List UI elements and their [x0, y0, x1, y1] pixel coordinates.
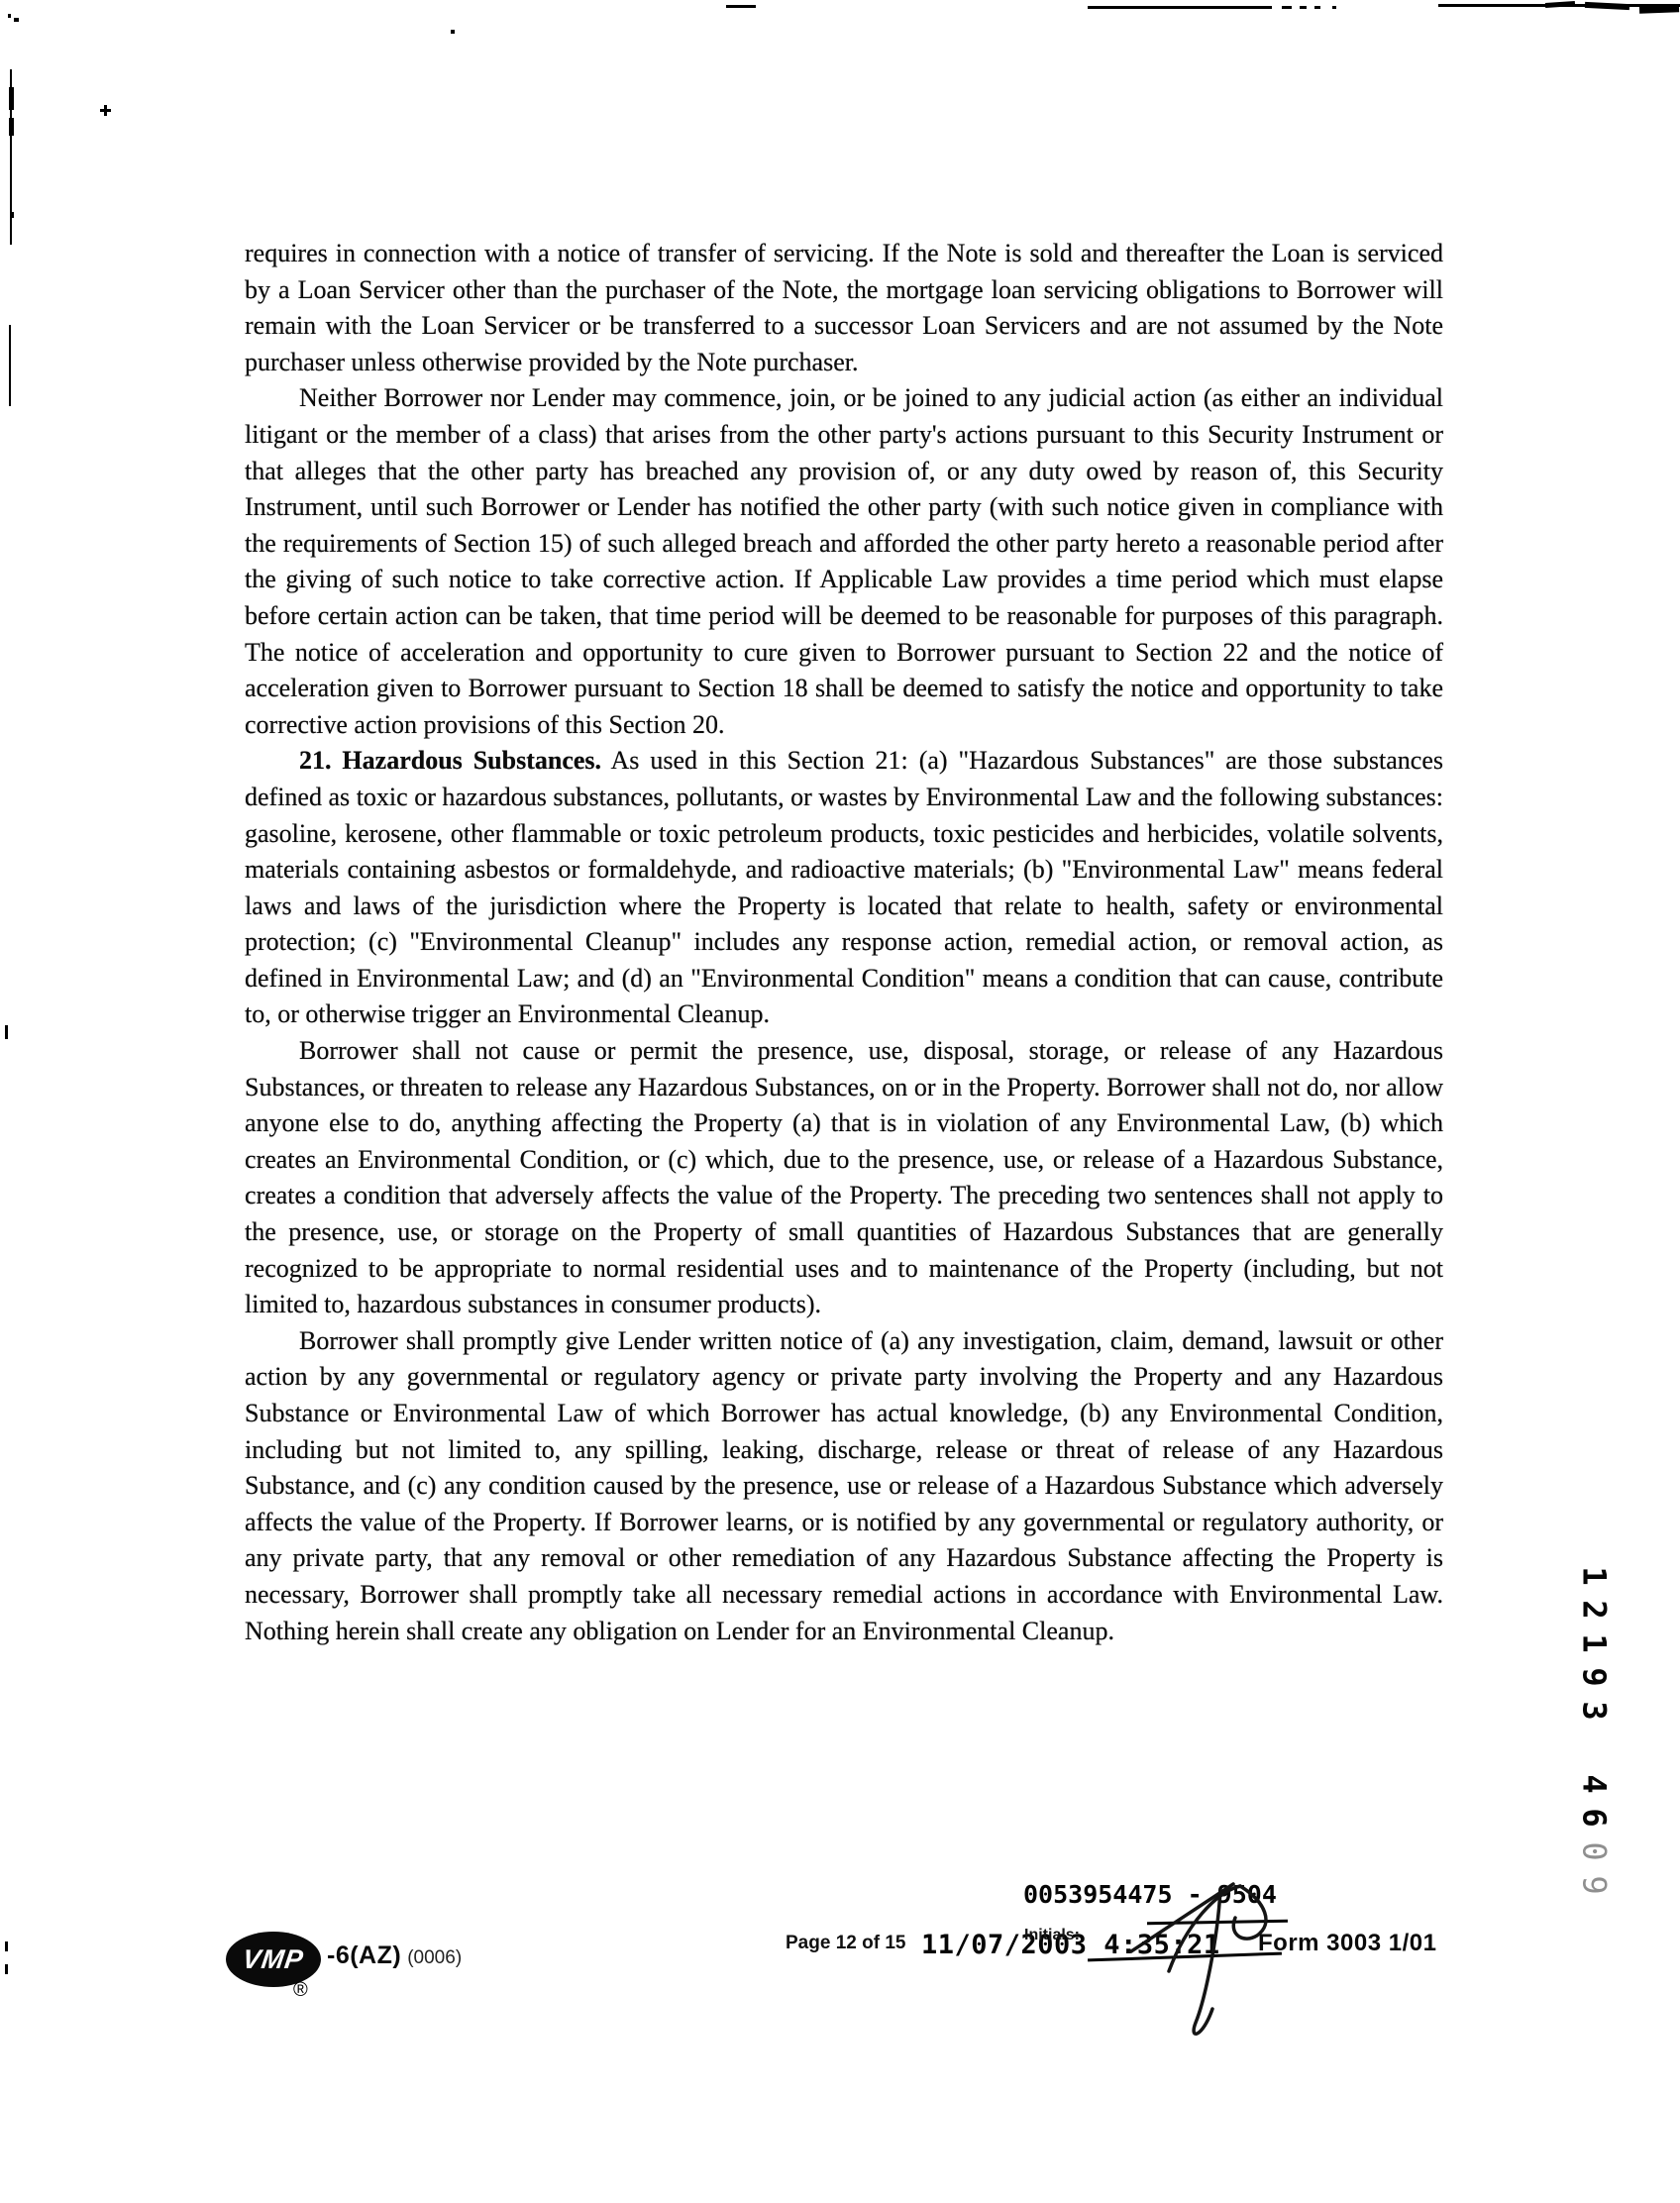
scan-artifact-speck: [14, 18, 19, 22]
scan-artifact-speck: [10, 212, 14, 218]
scan-artifact-top-dot: [1332, 6, 1336, 9]
scan-artifact-top-scratch: [1639, 4, 1679, 13]
scan-artifact-left-line-thick: [9, 118, 14, 136]
scan-artifact-speck: [451, 30, 455, 34]
body-paragraph: Neither Borrower nor Lender may commence…: [245, 380, 1443, 743]
stamp-digit: 4: [1578, 1774, 1612, 1793]
registered-trademark-icon: ®: [293, 1979, 308, 2002]
scan-artifact-plus-mark: [104, 105, 107, 116]
scan-artifact-top-dash: [726, 5, 756, 8]
scan-artifact-top-scratch: [1585, 2, 1629, 10]
stamp-digit: 1: [1578, 1566, 1612, 1585]
section-heading: 21. Hazardous Substances.: [299, 746, 601, 775]
form-code-main: -6(AZ): [327, 1941, 401, 1969]
scan-artifact-left-line-thick: [9, 87, 14, 110]
scanned-document-page: { "document": { "paragraphs": [ { "inden…: [0, 0, 1680, 2203]
vmp-logo-text: VMP: [241, 1944, 306, 1975]
stamp-digit: 9: [1578, 1875, 1612, 1894]
stamp-digit: 2: [1578, 1600, 1612, 1619]
stamp-digit: 6: [1578, 1808, 1612, 1827]
stamp-digit: 3: [1578, 1701, 1612, 1720]
body-paragraph: 21. Hazardous Substances. As used in thi…: [245, 743, 1443, 1033]
scan-artifact-top-line: [1088, 6, 1272, 9]
scan-artifact-speck: [8, 14, 11, 18]
scan-artifact-left-tick: [5, 1941, 8, 1951]
scan-artifact-left-tick: [5, 1025, 8, 1039]
body-paragraph: Borrower shall promptly give Lender writ…: [245, 1323, 1443, 1649]
stamp-digit: 0: [1578, 1841, 1612, 1860]
scan-artifact-top-dot: [1300, 6, 1307, 9]
page-number-label: Page 12 of 15: [786, 1933, 905, 1954]
scan-artifact-top-dot: [1314, 6, 1320, 9]
form-code-suffix: (0006): [407, 1947, 462, 1968]
vertical-stamp-number-upper: 12193: [1585, 1559, 1604, 1728]
vertical-stamp-number-lower: 4609: [1585, 1767, 1604, 1902]
scan-artifact-left-tick: [5, 1964, 8, 1974]
handwritten-initials: [1070, 1860, 1327, 2058]
scan-artifact-top-dot: [1282, 6, 1292, 9]
form-number-label: Form 3003 1/01: [1258, 1930, 1436, 1957]
scan-artifact-left-line: [9, 325, 11, 406]
stamp-digit: 9: [1578, 1667, 1612, 1686]
stamp-digit: 1: [1578, 1633, 1612, 1652]
document-body: requires in connection with a notice of …: [245, 236, 1443, 1649]
form-code: -6(AZ)(0006): [327, 1941, 462, 1970]
body-paragraph: Borrower shall not cause or permit the p…: [245, 1033, 1443, 1323]
body-paragraph: requires in connection with a notice of …: [245, 236, 1443, 380]
